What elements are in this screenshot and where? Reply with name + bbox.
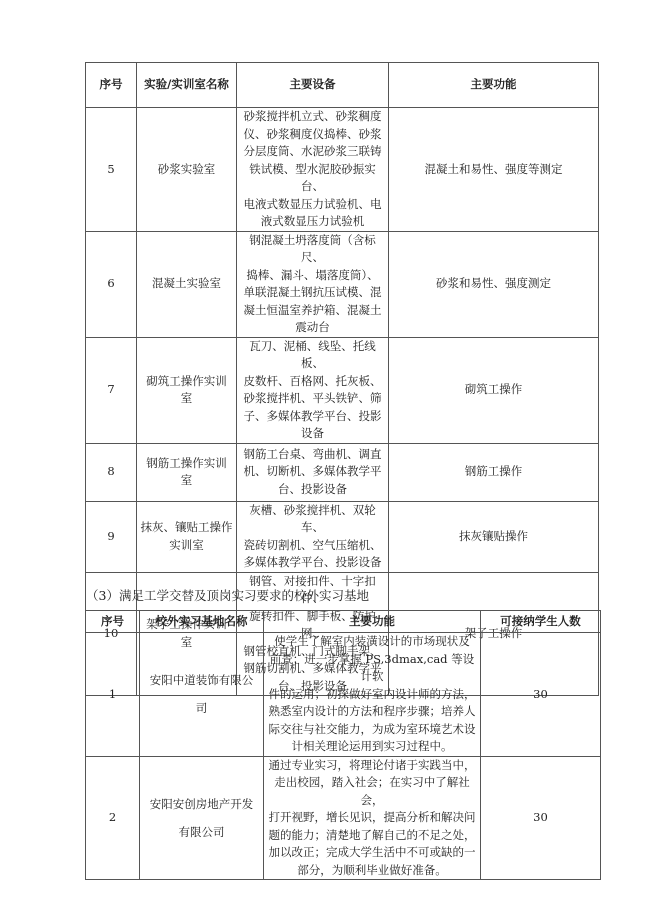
- header-base-name: 校外实习基地名称: [140, 611, 264, 633]
- table-row: 8 钢筋工操作实训 室 钢筋工台桌、弯曲机、调直 机、切断机、多媒体教学平 台、…: [86, 443, 599, 501]
- header-function: 主要功能: [264, 611, 481, 633]
- header-equipment: 主要设备: [237, 63, 389, 108]
- row-equipment: 灰槽、砂浆搅拌机、双轮车、 瓷砖切割机、空气压缩机、 多媒体教学平台、投影设备: [237, 501, 389, 572]
- table-row: 5 砂浆实验室 砂浆搅拌机立式、砂浆稠度 仪、砂浆稠度仪捣棒、砂浆 分层度筒、水…: [86, 108, 599, 232]
- row-no: 7: [86, 337, 137, 443]
- table-row: 2 安阳安创房地产开发 有限公司 通过专业实习，将理论付诸于实践当中， 走出校园…: [86, 756, 601, 880]
- internship-base-table: 序号 校外实习基地名称 主要功能 可接纳学生人数 1 安阳中道装饰有限公 司 使…: [85, 610, 601, 880]
- row-function: 使学生了解室内装潢设计的市场现状及 前景；进一步掌握 PS,3dmax,cad …: [264, 633, 481, 757]
- table-row: 9 抹灰、镶贴工操作 实训室 灰槽、砂浆搅拌机、双轮车、 瓷砖切割机、空气压缩机…: [86, 501, 599, 572]
- row-equipment: 钢筋工台桌、弯曲机、调直 机、切断机、多媒体教学平 台、投影设备: [237, 443, 389, 501]
- row-no: 2: [86, 756, 140, 880]
- row-base-name: 安阳中道装饰有限公 司: [140, 633, 264, 757]
- row-no: 9: [86, 501, 137, 572]
- table-row: 6 混凝土实验室 钢混凝土坍落度筒（含标尺、 捣棒、漏斗、塌落度筒）、 单联混凝…: [86, 231, 599, 337]
- row-function: 砌筑工操作: [389, 337, 599, 443]
- row-lab-name: 砌筑工操作实训 室: [137, 337, 237, 443]
- row-no: 1: [86, 633, 140, 757]
- row-function: 混凝土和易性、强度等测定: [389, 108, 599, 232]
- row-function: 砂浆和易性、强度测定: [389, 231, 599, 337]
- row-equipment: 钢混凝土坍落度筒（含标尺、 捣棒、漏斗、塌落度筒）、 单联混凝土钢抗压试模、混 …: [237, 231, 389, 337]
- header-lab-name: 实验/实训室名称: [137, 63, 237, 108]
- table-header-row: 序号 校外实习基地名称 主要功能 可接纳学生人数: [86, 611, 601, 633]
- header-no: 序号: [86, 611, 140, 633]
- header-function: 主要功能: [389, 63, 599, 108]
- table-row: 7 砌筑工操作实训 室 瓦刀、泥桶、线坠、托线板、 皮数杆、百格网、托灰板、 砂…: [86, 337, 599, 443]
- row-lab-name: 混凝土实验室: [137, 231, 237, 337]
- header-capacity: 可接纳学生人数: [481, 611, 601, 633]
- row-equipment: 砂浆搅拌机立式、砂浆稠度 仪、砂浆稠度仪捣棒、砂浆 分层度筒、水泥砂浆三联铸 铁…: [237, 108, 389, 232]
- row-equipment: 瓦刀、泥桶、线坠、托线板、 皮数杆、百格网、托灰板、 砂浆搅拌机、平头铁铲、筛 …: [237, 337, 389, 443]
- row-no: 8: [86, 443, 137, 501]
- row-function: 通过专业实习，将理论付诸于实践当中， 走出校园，踏入社会；在实习中了解社会， 打…: [264, 756, 481, 880]
- row-no: 6: [86, 231, 137, 337]
- row-function: 钢筋工操作: [389, 443, 599, 501]
- row-lab-name: 砂浆实验室: [137, 108, 237, 232]
- row-lab-name: 钢筋工操作实训 室: [137, 443, 237, 501]
- row-capacity: 30: [481, 633, 601, 757]
- table-row: 1 安阳中道装饰有限公 司 使学生了解室内装潢设计的市场现状及 前景；进一步掌握…: [86, 633, 601, 757]
- header-no: 序号: [86, 63, 137, 108]
- table-header-row: 序号 实验/实训室名称 主要设备 主要功能: [86, 63, 599, 108]
- row-function: 抹灰镶贴操作: [389, 501, 599, 572]
- section-heading: （3）满足工学交替及顶岗实习要求的校外实习基地: [86, 586, 369, 604]
- row-lab-name: 抹灰、镶贴工操作 实训室: [137, 501, 237, 572]
- row-base-name: 安阳安创房地产开发 有限公司: [140, 756, 264, 880]
- row-no: 5: [86, 108, 137, 232]
- row-capacity: 30: [481, 756, 601, 880]
